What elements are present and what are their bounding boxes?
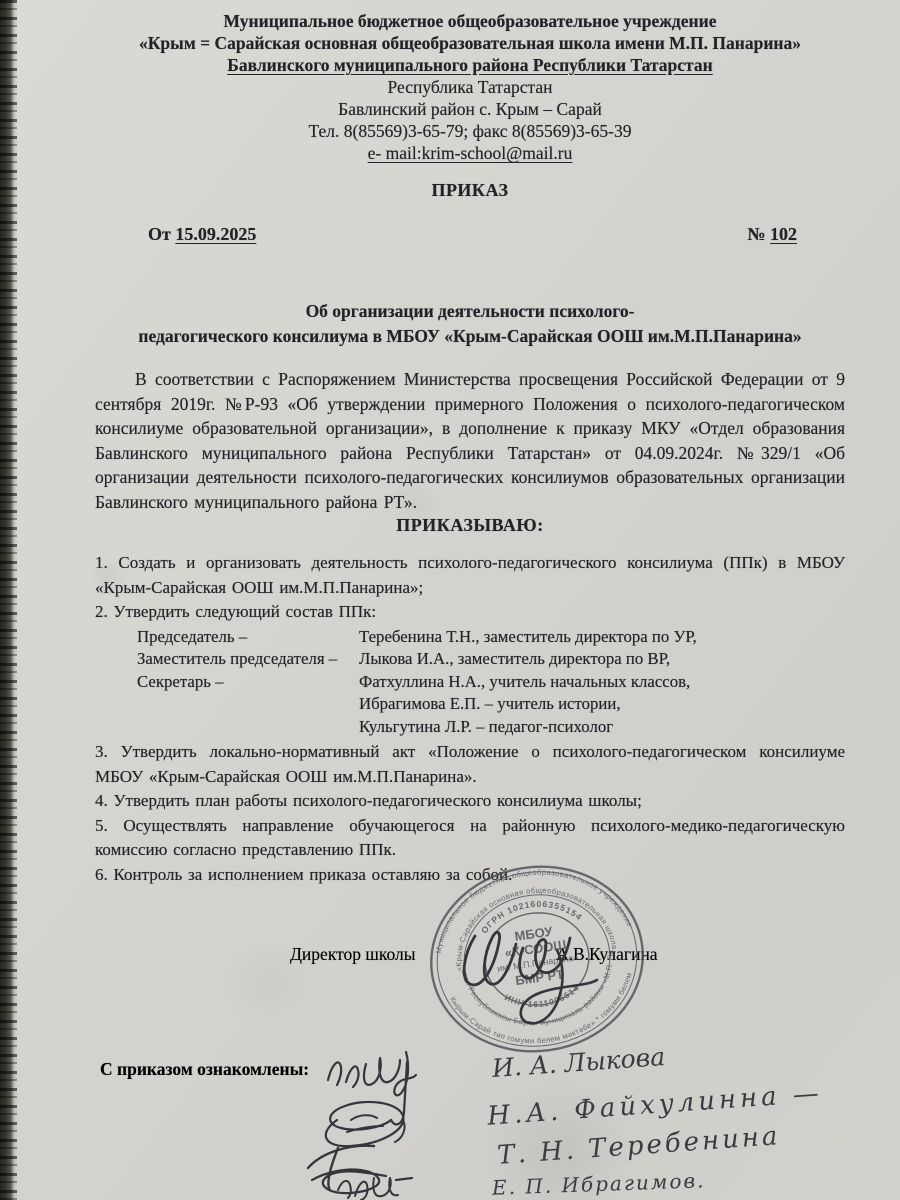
order-item-2: 2. Утвердить следующий состав ППк: bbox=[95, 600, 845, 625]
ppk-members: Председатель – Теребенина Т.Н., заместит… bbox=[137, 626, 845, 739]
member-row: Заместитель председателя – Лыкова И.А., … bbox=[137, 648, 845, 671]
ack-name-3: Т. Н. Теребенина bbox=[496, 1121, 781, 1171]
member-row: Секретарь – Фатхуллина Н.А., учитель нач… bbox=[137, 671, 845, 694]
member-desc: Лыкова И.А., заместитель директора по ВР… bbox=[359, 648, 670, 671]
email-line: e- mail:krim-school@mail.ru bbox=[95, 142, 845, 164]
doc-type-heading: ПРИКАЗ bbox=[95, 180, 845, 201]
location-line: Бавлинский район с. Крым – Сарай bbox=[95, 98, 845, 120]
scan-edge-shadow bbox=[0, 0, 17, 1200]
scanned-page: Муниципальное бюджетное общеобразователь… bbox=[0, 0, 900, 1200]
member-row: Председатель – Теребенина Т.Н., заместит… bbox=[137, 626, 845, 649]
district-line: Бавлинского муниципального района Респуб… bbox=[95, 54, 845, 76]
acknowledgement-label: С приказом ознакомлены: bbox=[100, 1059, 309, 1080]
member-row: Кульгутина Л.Р. – педагог-психолог bbox=[137, 716, 845, 739]
order-item-5: 5. Осуществлять направление обучающегося… bbox=[95, 814, 845, 863]
number-prefix: № bbox=[747, 224, 770, 244]
order-number: № 102 bbox=[747, 224, 797, 245]
member-desc: Теребенина Т.Н., заместитель директора п… bbox=[359, 626, 697, 649]
member-role: Председатель – bbox=[137, 626, 359, 649]
director-signature bbox=[437, 892, 647, 1032]
member-desc: Кульгутина Л.Р. – педагог-психолог bbox=[359, 716, 613, 739]
member-row: Ибрагимова Е.П. – учитель истории, bbox=[137, 693, 845, 716]
member-role: Заместитель председателя – bbox=[137, 648, 359, 671]
phone-fax-line: Тел. 8(85569)3-65-79; факс 8(85569)3-65-… bbox=[95, 120, 845, 142]
date-value: 15.09.2025 bbox=[175, 224, 256, 244]
member-desc: Ибрагимова Е.П. – учитель истории, bbox=[359, 693, 621, 716]
order-item-4: 4. Утвердить план работы психолого-педаг… bbox=[95, 789, 845, 814]
ack-signature-scribble-4 bbox=[330, 1172, 440, 1200]
director-label: Директор школы bbox=[290, 944, 415, 965]
order-date: От 15.09.2025 bbox=[148, 224, 256, 245]
order-title: Об организации деятельности психолого- п… bbox=[95, 299, 845, 349]
letterhead: Муниципальное бюджетное общеобразователь… bbox=[95, 10, 845, 164]
order-item-1: 1. Создать и организовать деятельность п… bbox=[95, 551, 845, 600]
order-title-line1: Об организации деятельности психолого- bbox=[95, 299, 845, 324]
member-role bbox=[137, 716, 359, 739]
date-number-row: От 15.09.2025 № 102 bbox=[95, 224, 845, 245]
region-line: Республика Татарстан bbox=[95, 76, 845, 98]
member-role bbox=[137, 693, 359, 716]
member-role: Секретарь – bbox=[137, 671, 359, 694]
order-items: 1. Создать и организовать деятельность п… bbox=[95, 551, 845, 887]
school-name-line: «Крым = Сарайская основная общеобразоват… bbox=[95, 32, 845, 54]
org-type-line: Муниципальное бюджетное общеобразователь… bbox=[95, 10, 845, 32]
intro-paragraph: В соответствии с Распоряжением Министерс… bbox=[95, 367, 845, 514]
number-value: 102 bbox=[770, 224, 797, 244]
decree-heading: ПРИКАЗЫВАЮ: bbox=[95, 515, 845, 536]
order-title-line2: педагогического консилиума в МБОУ «Крым-… bbox=[95, 324, 845, 349]
member-desc: Фатхуллина Н.А., учитель начальных класс… bbox=[359, 671, 690, 694]
order-item-3: 3. Утвердить локально-нормативный акт «П… bbox=[95, 740, 845, 789]
date-prefix: От bbox=[148, 224, 175, 244]
ack-name-4: Е. П. Ибрагимов. bbox=[492, 1168, 706, 1199]
